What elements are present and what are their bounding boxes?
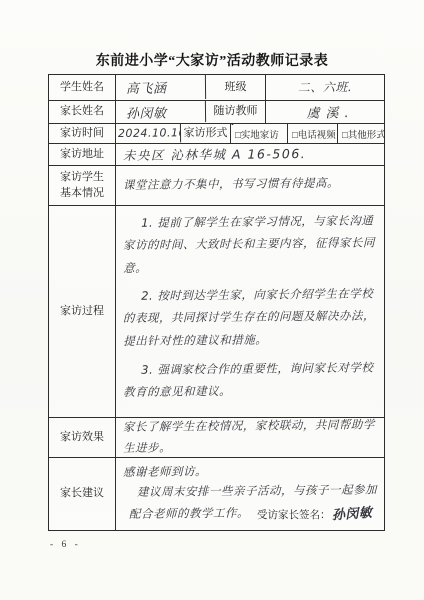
process-label: 家访过程: [49, 206, 116, 417]
visit-form-option-0: ✓ □实地家访: [231, 124, 288, 143]
suggestion-line-2: 建议周末安排一些亲子活动，与孩子一起参加: [123, 479, 377, 502]
effect-value: 家长了解学生在校情况，家校联动，共同帮助学生进步。: [116, 415, 384, 457]
visit-form-option-label: □电话视频: [292, 127, 336, 141]
row-effect: 家访效果 家长了解学生在校情况，家校联动，共同帮助学生进步。: [49, 418, 384, 458]
visit-form-option-2: □其他形式: [338, 124, 384, 143]
row-suggestion: 家长建议 感谢老师到访。 建议周末安排一些亲子活动，与孩子一起参加 配合老师的教…: [49, 458, 384, 530]
process-paragraph-1: 1. 提前了解学生在家学习情况，与家长沟通家访的时间、大致时长和主要内容，征得家…: [123, 209, 378, 279]
student-name-label: 学生姓名: [49, 75, 116, 100]
teacher-value: 虞溪.: [266, 100, 384, 123]
visit-form-option-1: □电话视频: [288, 124, 338, 143]
student-name-value: 高飞涵: [116, 74, 206, 100]
visit-form-option-label: □实地家访: [235, 127, 279, 141]
address-label: 家访地址: [49, 144, 116, 165]
row-basic-info: 家访学生基本情况 课堂注意力不集中，书写习惯有待提高。: [49, 166, 384, 206]
visit-time-value: 2024.10.16.: [116, 123, 181, 143]
process-content: 1. 提前了解学生在家学习情况，与家长沟通家访的时间、大致时长和主要内容，征得家…: [116, 206, 384, 417]
visit-form-label: 家访形式: [181, 124, 231, 143]
parent-signature: 孙闵敏: [332, 503, 374, 529]
row-parent: 家长姓名 孙闵敏 随访教师 虞溪.: [49, 101, 384, 124]
effect-label: 家访效果: [49, 418, 116, 457]
row-process: 家访过程 1. 提前了解学生在家学习情况，与家长沟通家访的时间、大致时长和主要内…: [49, 206, 384, 418]
page-number: - 6 -: [50, 540, 81, 550]
record-form-table: 学生姓名 高飞涵 班级 二、六班. 家长姓名 孙闵敏 随访教师 虞溪. 家访时间…: [48, 74, 385, 531]
row-student: 学生姓名 高飞涵 班级 二、六班.: [49, 75, 384, 101]
suggestion-content: 感谢老师到访。 建议周末安排一些亲子活动，与孩子一起参加 配合老师的教学工作。 …: [116, 458, 384, 530]
visit-time-label: 家访时间: [49, 124, 116, 143]
basic-info-label: 家访学生基本情况: [49, 166, 116, 205]
suggestion-label: 家长建议: [49, 458, 116, 530]
visit-form-option-label: □其他形式: [342, 127, 384, 141]
scanned-form-page: 东前进小学“大家访”活动教师记录表 学生姓名 高飞涵 班级 二、六班. 家长姓名…: [0, 0, 424, 600]
parent-name-value: 孙闵敏: [116, 100, 206, 123]
row-address: 家访地址 未央区 沁林华城 A 16-506.: [49, 144, 384, 166]
class-label: 班级: [206, 75, 266, 100]
process-paragraph-2: 2. 按时到达学生家，向家长介绍学生在学校的表现，共同探讨学生存在的问题及解决办…: [123, 283, 378, 353]
teacher-label: 随访教师: [206, 101, 266, 123]
basic-info-value: 课堂注意力不集中，书写习惯有待提高。: [116, 163, 384, 205]
parent-signature-label: 受访家长签名：: [257, 507, 331, 525]
parent-name-label: 家长姓名: [49, 101, 116, 123]
form-title: 东前进小学“大家访”活动教师记录表: [0, 50, 424, 70]
process-paragraph-3: 3. 强调家校合作的重要性，询问家长对学校教育的意见和建议。: [123, 356, 377, 404]
suggestion-line-1: 感谢老师到访。: [123, 459, 377, 482]
class-value: 二、六班.: [266, 74, 384, 100]
suggestion-line-3: 配合老师的教学工作。: [123, 503, 249, 524]
address-value: 未央区 沁林华城 A 16-506.: [116, 141, 384, 165]
